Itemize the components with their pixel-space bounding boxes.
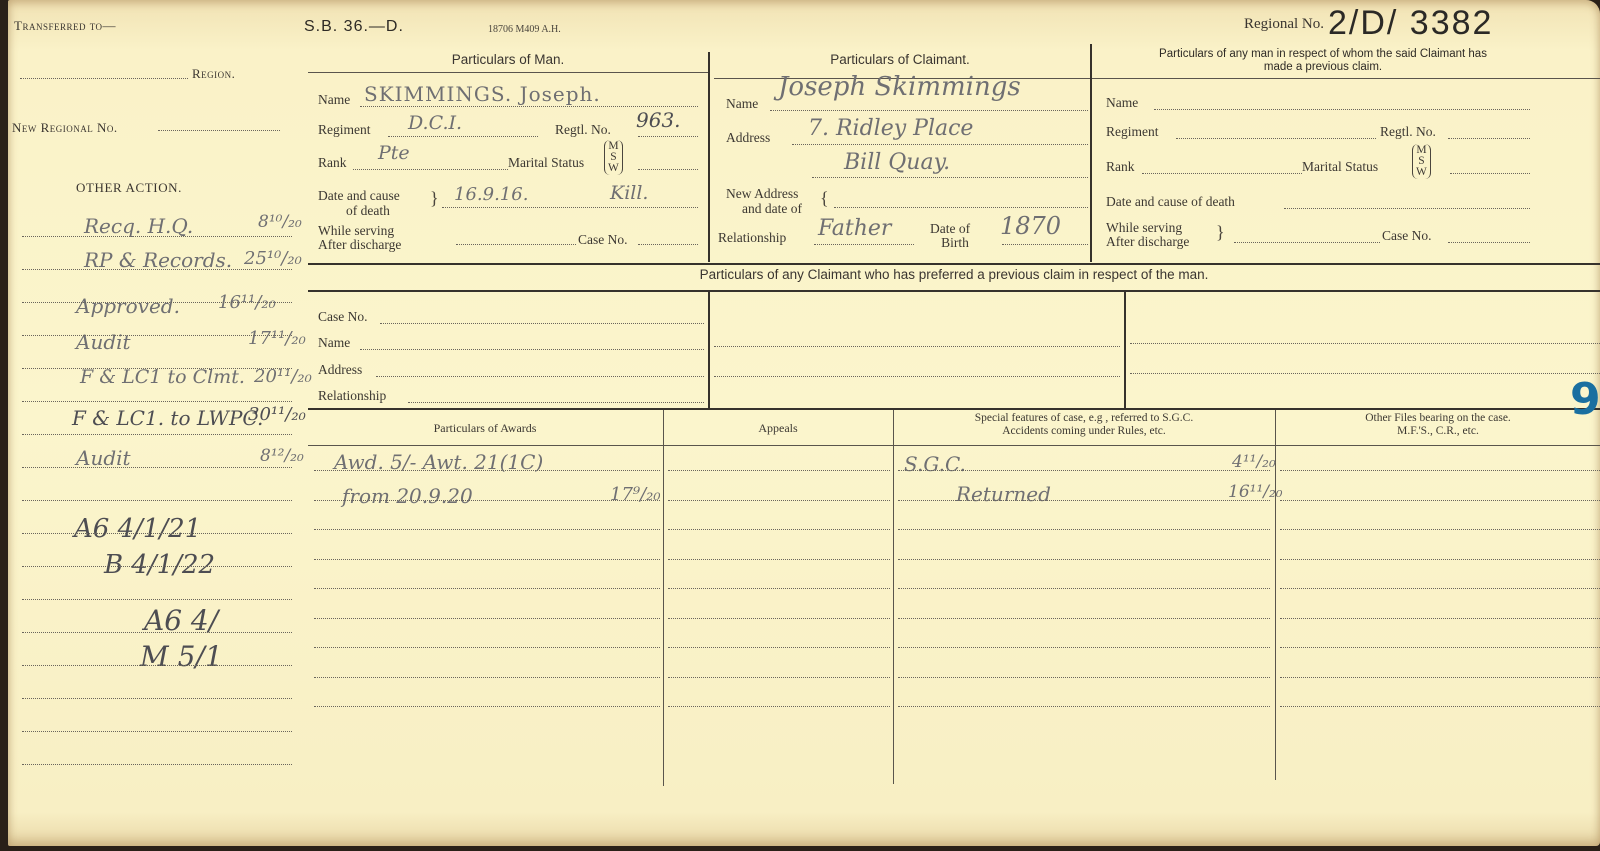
table-row-rule	[314, 706, 660, 707]
new-address-brace: {	[820, 188, 829, 209]
other-action-rule	[22, 698, 292, 699]
form-code: S.B. 36.—D.	[304, 18, 404, 36]
other-action-rule	[22, 302, 292, 303]
special-entry-2-text: Returned	[956, 482, 1051, 506]
rule-below-awards-header	[308, 445, 1600, 446]
man-death-label: Date and cause of death	[318, 188, 400, 218]
claimant-new-address-line	[834, 207, 1088, 208]
divider-appeals-special	[893, 410, 894, 784]
rule-above-awards	[308, 408, 1600, 410]
prev-serving-label-2: After discharge	[1106, 235, 1189, 249]
divider-claimant-previous	[1090, 44, 1092, 262]
special-header: Special features of case, e.g , referred…	[894, 412, 1274, 438]
prev-claimant-address-label: Address	[318, 362, 362, 378]
special-header-2: Accidents coming under Rules, etc.	[894, 425, 1274, 438]
table-row-rule	[314, 677, 660, 678]
table-row-rule	[1280, 677, 1600, 678]
prev-case-no-label: Case No.	[1382, 228, 1432, 244]
prev-marital-w: W	[1416, 167, 1427, 178]
prev-name-line	[1154, 109, 1530, 110]
award-entry-2: from 20.9.20	[342, 484, 473, 508]
region-label: Region.	[192, 66, 235, 82]
claimant-address-line-1	[792, 144, 1088, 145]
table-row-rule	[668, 500, 890, 501]
new-regional-no-line	[158, 130, 280, 131]
man-regtl-no-label: Regtl. No.	[555, 122, 611, 138]
other-action-rule	[22, 632, 292, 633]
man-marital-options: M S W	[604, 140, 623, 175]
prev-death-label: Date and cause of death	[1106, 194, 1235, 210]
table-row-rule	[314, 500, 660, 501]
table-row-rule	[668, 559, 890, 560]
prev-serving-label-1: While serving	[1106, 221, 1189, 235]
prev-claimant-col3-line-2	[1130, 373, 1600, 374]
claimant-relationship-label: Relationship	[718, 230, 786, 246]
table-row-rule	[668, 529, 890, 530]
other-action-rule	[22, 335, 292, 336]
prev-claimant-col2-line-2	[714, 376, 1120, 377]
previous-claimant-title: Particulars of any Claimant who has pref…	[308, 267, 1600, 282]
claimant-relationship-line	[814, 244, 914, 245]
divider-prev-claimant-1	[708, 292, 710, 408]
transferred-to-label: Transferred to—	[14, 18, 116, 34]
other-action-label: OTHER ACTION.	[76, 180, 182, 196]
prev-rank-label: Rank	[1106, 159, 1135, 175]
man-serving-label-2: After discharge	[318, 238, 401, 252]
claimant-dob-line	[1002, 244, 1088, 245]
man-case-no-line	[638, 244, 698, 245]
other-action-rule	[22, 599, 292, 600]
man-rank-line	[353, 169, 508, 170]
table-row-rule	[668, 677, 890, 678]
table-row-rule	[898, 559, 1270, 560]
prev-claimant-name-label: Name	[318, 335, 350, 351]
other-action-rule	[22, 665, 292, 666]
prev-claimant-relationship-label: Relationship	[318, 388, 386, 404]
claimant-dob-value: 1870	[1000, 212, 1061, 240]
scrawl-1: A6 4/1/21	[74, 514, 201, 544]
man-regtl-no-line	[638, 136, 698, 137]
table-row-rule	[898, 647, 1270, 648]
other-action-rule	[22, 269, 292, 270]
prev-regtl-no-label: Regtl. No.	[1380, 124, 1436, 140]
prev-serving-brace: }	[1216, 222, 1225, 243]
claimant-address-line-2	[812, 177, 1088, 178]
man-death-label-1: Date and cause	[318, 188, 400, 203]
man-rank-value: Pte	[378, 142, 410, 164]
action-2-date: 25¹⁰/₂₀	[244, 248, 302, 269]
blue-margin-mark: 9	[1570, 374, 1600, 425]
other-action-rule	[22, 401, 292, 402]
rule-below-previous-claimant	[308, 290, 1600, 292]
man-regiment-line	[388, 136, 538, 137]
other-action-rule	[22, 764, 292, 765]
table-row-rule	[668, 647, 890, 648]
man-regiment-value: D.C.I.	[408, 112, 462, 134]
other-action-rule	[22, 500, 292, 501]
table-row-rule	[668, 618, 890, 619]
prev-serving-line	[1234, 242, 1380, 243]
other-action-rule	[22, 731, 292, 732]
award-entry-date: 17⁹/₂₀	[610, 484, 661, 505]
prev-regtl-no-line	[1448, 138, 1530, 139]
action-3-text: Approved.	[76, 294, 180, 318]
other-files-header-1: Other Files bearing on the case.	[1276, 412, 1600, 425]
man-death-date: 16.9.16.	[454, 184, 528, 205]
death-brace: }	[430, 188, 439, 209]
previous-man-title-1: Particulars of any man in respect of who…	[1096, 48, 1550, 61]
other-files-header: Other Files bearing on the case. M.F.'S.…	[1276, 412, 1600, 438]
regional-no-label: Regional No.	[1244, 16, 1324, 33]
table-row-rule	[898, 529, 1270, 530]
other-action-rule	[22, 566, 292, 567]
man-case-no-label: Case No.	[578, 232, 628, 248]
action-1-date: 8¹⁰/₂₀	[258, 212, 302, 232]
rule-above-previous-claimant	[308, 263, 1600, 265]
table-row-rule	[1280, 500, 1600, 501]
man-death-line	[442, 207, 698, 208]
other-action-rule	[22, 467, 292, 468]
prev-claimant-case-no-label: Case No.	[318, 309, 368, 325]
table-row-rule	[668, 706, 890, 707]
man-name-line	[360, 106, 698, 107]
man-title-rule	[308, 72, 708, 73]
man-name-label: Name	[318, 92, 350, 108]
table-row-rule	[1280, 706, 1600, 707]
other-files-header-2: M.F.'S., C.R., etc.	[1276, 425, 1600, 438]
other-action-rule	[22, 236, 292, 237]
other-action-rule	[22, 434, 292, 435]
special-header-1: Special features of case, e.g , referred…	[894, 412, 1274, 425]
previous-man-title: Particulars of any man in respect of who…	[1096, 48, 1550, 74]
table-row-rule	[1280, 559, 1600, 560]
prev-claimant-col2-line-1	[714, 346, 1120, 347]
action-5-text: F & LC1 to Clmt.	[80, 366, 245, 388]
new-address-label-1: New Address	[726, 186, 802, 201]
regional-no-value: 2/D/ 3382	[1328, 4, 1493, 43]
claimant-dob-label: Date of Birth	[930, 222, 970, 250]
prev-case-no-line	[1448, 242, 1530, 243]
table-row-rule	[314, 588, 660, 589]
man-death-cause: Kill.	[610, 182, 648, 204]
table-row-rule	[898, 618, 1270, 619]
action-6-date: 30¹¹/₂₀	[248, 404, 306, 425]
prev-regiment-line	[1176, 138, 1376, 139]
prev-death-line	[1284, 208, 1530, 209]
table-row-rule	[898, 677, 1270, 678]
prev-marital-options: M S W	[1412, 144, 1431, 179]
table-row-rule	[898, 706, 1270, 707]
special-entry-1-text: S.G.C.	[904, 452, 966, 476]
table-row-rule	[1280, 618, 1600, 619]
table-row-rule	[1280, 647, 1600, 648]
action-7-date: 8¹²/₂₀	[260, 446, 304, 466]
action-1-text: Recq. H.Q.	[84, 214, 193, 238]
previous-man-title-rule	[1092, 78, 1600, 79]
other-action-rule	[22, 368, 292, 369]
prev-claimant-name-line	[360, 349, 704, 350]
claimant-relationship-value: Father	[818, 216, 891, 241]
action-4-text: Audit	[76, 330, 131, 354]
prev-claimant-col3-line-1	[1130, 343, 1600, 344]
claimant-name-value: Joseph Skimmings	[778, 72, 1021, 102]
new-regional-no-label: New Regional No.	[12, 120, 118, 136]
table-row-rule	[314, 529, 660, 530]
table-row-rule	[314, 559, 660, 560]
action-6-text: F & LC1. to LWPC.	[72, 406, 263, 430]
previous-man-title-2: made a previous claim.	[1096, 61, 1550, 74]
man-death-label-2: of death	[318, 203, 400, 218]
claimant-new-address-label: New Address and date of	[726, 186, 802, 216]
prev-claimant-address-line	[376, 376, 704, 377]
man-marital-line	[638, 169, 698, 170]
man-serving-line	[456, 244, 576, 245]
appeals-header: Appeals	[664, 421, 892, 436]
new-address-label-2: and date of	[726, 201, 802, 216]
claimant-address-value-2: Bill Quay.	[844, 150, 950, 175]
divider-man-claimant	[708, 52, 710, 262]
table-row-rule	[1280, 529, 1600, 530]
prev-rank-line	[1142, 173, 1302, 174]
table-row-rule	[1280, 588, 1600, 589]
prev-regiment-label: Regiment	[1106, 124, 1159, 140]
claimant-name-label: Name	[726, 96, 758, 112]
divider-awards-appeals	[663, 410, 664, 786]
prev-claimant-case-no-line	[380, 323, 704, 324]
dob-label-2: Birth	[930, 236, 970, 250]
special-entry-1-date: 4¹¹/₂₀	[1232, 452, 1276, 472]
scrawl-2: B 4/1/22	[104, 550, 215, 580]
man-regiment-label: Regiment	[318, 122, 371, 138]
man-serving-label-1: While serving	[318, 224, 401, 238]
man-section-title: Particulars of Man.	[308, 52, 708, 67]
man-regtl-no-value: 963.	[636, 108, 681, 132]
other-action-rule	[22, 533, 292, 534]
table-row-rule	[314, 618, 660, 619]
prev-marital-line	[1450, 173, 1530, 174]
awards-header: Particulars of Awards	[308, 421, 662, 436]
man-rank-label: Rank	[318, 155, 347, 171]
man-marital-label: Marital Status	[508, 155, 584, 171]
action-5-date: 20¹¹/₂₀	[254, 366, 312, 387]
dob-label-1: Date of	[930, 222, 970, 236]
prev-marital-label: Marital Status	[1302, 159, 1378, 175]
man-name-value: SKIMMINGS. Joseph.	[364, 82, 601, 106]
table-row-rule	[668, 470, 890, 471]
divider-prev-claimant-2	[1124, 292, 1126, 408]
table-row-rule	[314, 647, 660, 648]
prev-serving-label: While serving After discharge	[1106, 221, 1189, 249]
prev-claimant-relationship-line	[408, 402, 704, 403]
table-row-rule	[668, 588, 890, 589]
region-dotted-line	[20, 78, 188, 79]
table-row-rule	[1280, 470, 1600, 471]
man-serving-label: While serving After discharge	[318, 224, 401, 252]
claimant-address-value-1: 7. Ridley Place	[808, 116, 973, 141]
table-row-rule	[898, 500, 1270, 501]
pension-record-card: Transferred to— Region. New Regional No.…	[8, 0, 1600, 846]
scrawl-4: M 5/1	[140, 640, 223, 673]
table-row-rule	[898, 588, 1270, 589]
claimant-name-line	[770, 110, 1088, 111]
claimant-address-label: Address	[726, 130, 770, 146]
table-row-rule	[314, 470, 660, 471]
prev-name-label: Name	[1106, 95, 1138, 111]
print-code: 18706 M409 A.H.	[488, 24, 561, 35]
claimant-section-title: Particulars of Claimant.	[710, 52, 1090, 67]
table-row-rule	[898, 470, 1270, 471]
action-4-date: 17¹¹/₂₀	[248, 328, 306, 349]
marital-w: W	[608, 163, 619, 174]
